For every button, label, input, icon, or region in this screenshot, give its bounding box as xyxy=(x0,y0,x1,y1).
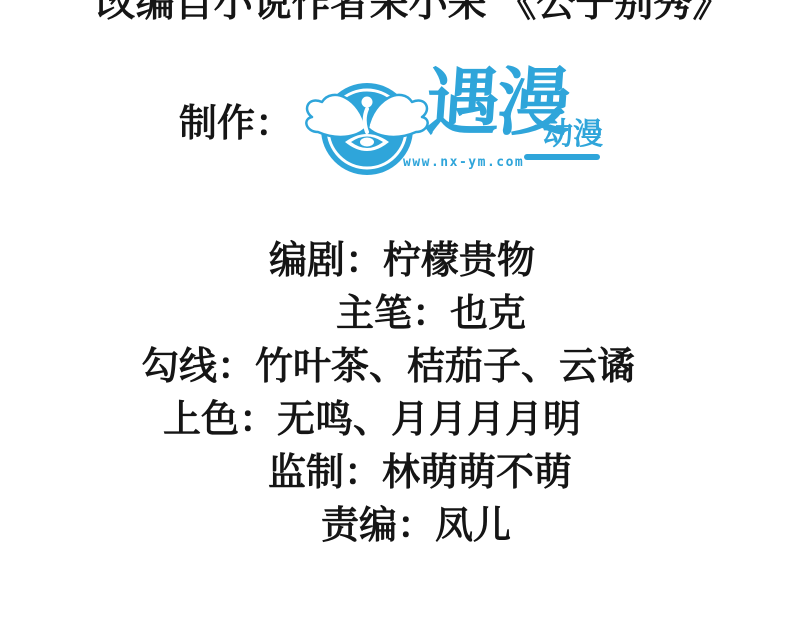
adaptation-caption: 改编自小说作者采小采 《公子别秀》 xyxy=(14,0,800,25)
production-label: 制作： xyxy=(179,102,293,146)
credit-line-supervisor: 监制：林萌萌不萌 xyxy=(20,447,800,500)
credit-line-lineart: 勾线：竹叶茶、桔茄子、云谲 xyxy=(0,341,788,394)
studio-logo: 遇漫 动漫 www.nx-ym.com xyxy=(300,66,605,188)
credit-line-editor: 责编：凤儿 xyxy=(16,500,800,553)
credit-line-screenwriter: 编剧：柠檬贵物 xyxy=(2,235,800,288)
credits-list: 编剧：柠檬贵物 主笔：也克 勾线：竹叶茶、桔茄子、云谲 上色：无鸣、月月月月明 … xyxy=(0,235,800,553)
brand-website-url: www.nx-ym.com xyxy=(403,155,524,170)
credit-line-lead-artist: 主笔：也克 xyxy=(31,288,800,341)
comic-credits-page: 改编自小说作者采小采 《公子别秀》 制作： 遇漫 动漫 www.nx- xyxy=(0,0,800,632)
brand-underline xyxy=(524,154,600,160)
brand-name-sub: 动漫 xyxy=(543,118,603,152)
credit-line-coloring: 上色：无鸣、月月月月明 xyxy=(0,394,772,447)
